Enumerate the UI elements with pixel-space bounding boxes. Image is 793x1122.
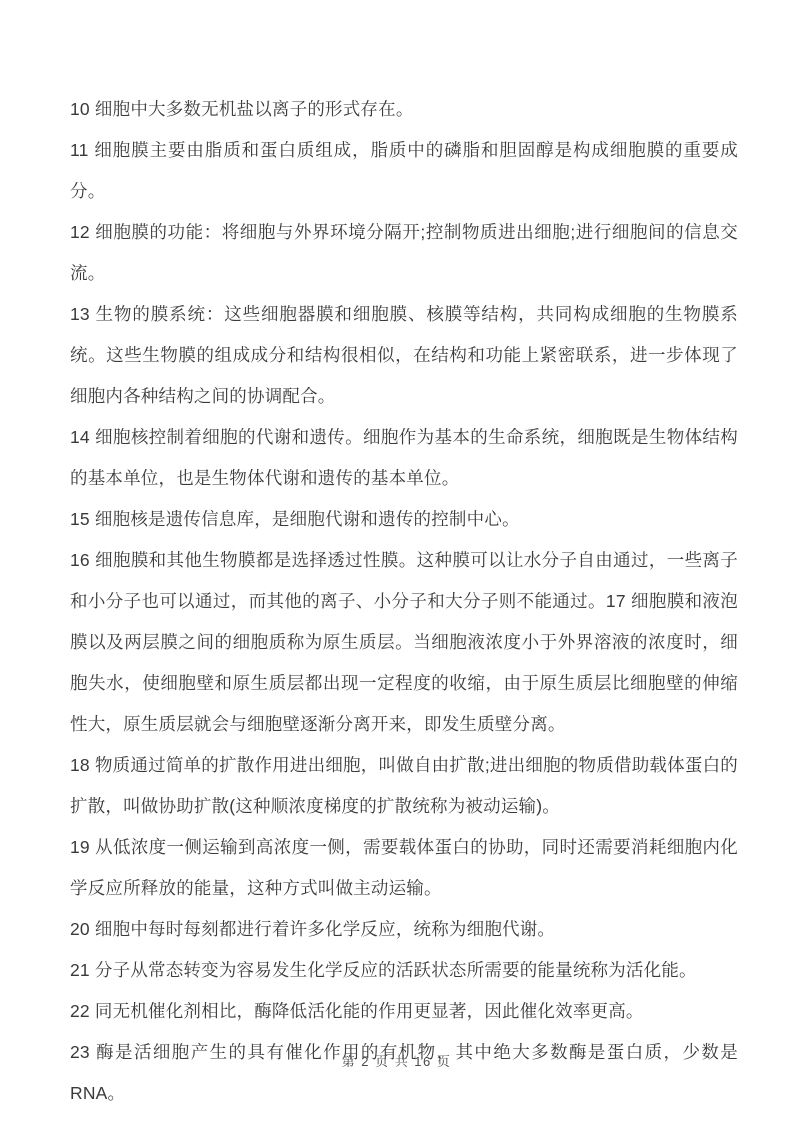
note-paragraph: 20 细胞中每时每刻都进行着许多化学反应，统称为细胞代谢。: [70, 909, 738, 950]
note-paragraph: 12 细胞膜的功能：将细胞与外界环境分隔开;控制物质进出细胞;进行细胞间的信息交…: [70, 212, 738, 294]
page-footer: 第 2 页 共 16 页: [0, 1052, 793, 1072]
page-number-indicator: 第 2 页 共 16 页: [342, 1054, 452, 1069]
note-paragraph: 22 同无机催化剂相比，酶降低活化能的作用更显著，因此催化效率更高。: [70, 991, 738, 1032]
note-paragraph: 19 从低浓度一侧运输到高浓度一侧，需要载体蛋白的协助，同时还需要消耗细胞内化学…: [70, 827, 738, 909]
note-paragraph: 21 分子从常态转变为容易发生化学反应的活跃状态所需要的能量统称为活化能。: [70, 950, 738, 991]
note-paragraph: 15 细胞核是遗传信息库，是细胞代谢和遗传的控制中心。: [70, 499, 738, 540]
document-page: 10 细胞中大多数无机盐以离子的形式存在。11 细胞膜主要由脂质和蛋白质组成，脂…: [0, 0, 793, 1122]
note-paragraph: 16 细胞膜和其他生物膜都是选择透过性膜。这种膜可以让水分子自由通过，一些离子和…: [70, 540, 738, 745]
note-paragraph: 11 细胞膜主要由脂质和蛋白质组成，脂质中的磷脂和胆固醇是构成细胞膜的重要成分。: [70, 130, 738, 212]
note-paragraph: 10 细胞中大多数无机盐以离子的形式存在。: [70, 89, 738, 130]
document-body: 10 细胞中大多数无机盐以离子的形式存在。11 细胞膜主要由脂质和蛋白质组成，脂…: [0, 89, 793, 1114]
note-paragraph: 13 生物的膜系统：这些细胞器膜和细胞膜、核膜等结构，共同构成细胞的生物膜系统。…: [70, 294, 738, 417]
note-paragraph: 14 细胞核控制着细胞的代谢和遗传。细胞作为基本的生命系统，细胞既是生物体结构的…: [70, 417, 738, 499]
note-paragraph: 23 酶是活细胞产生的具有催化作用的有机物，其中绝大多数酶是蛋白质，少数是 RN…: [70, 1032, 738, 1114]
note-paragraph: 18 物质通过简单的扩散作用进出细胞，叫做自由扩散;进出细胞的物质借助载体蛋白的…: [70, 745, 738, 827]
